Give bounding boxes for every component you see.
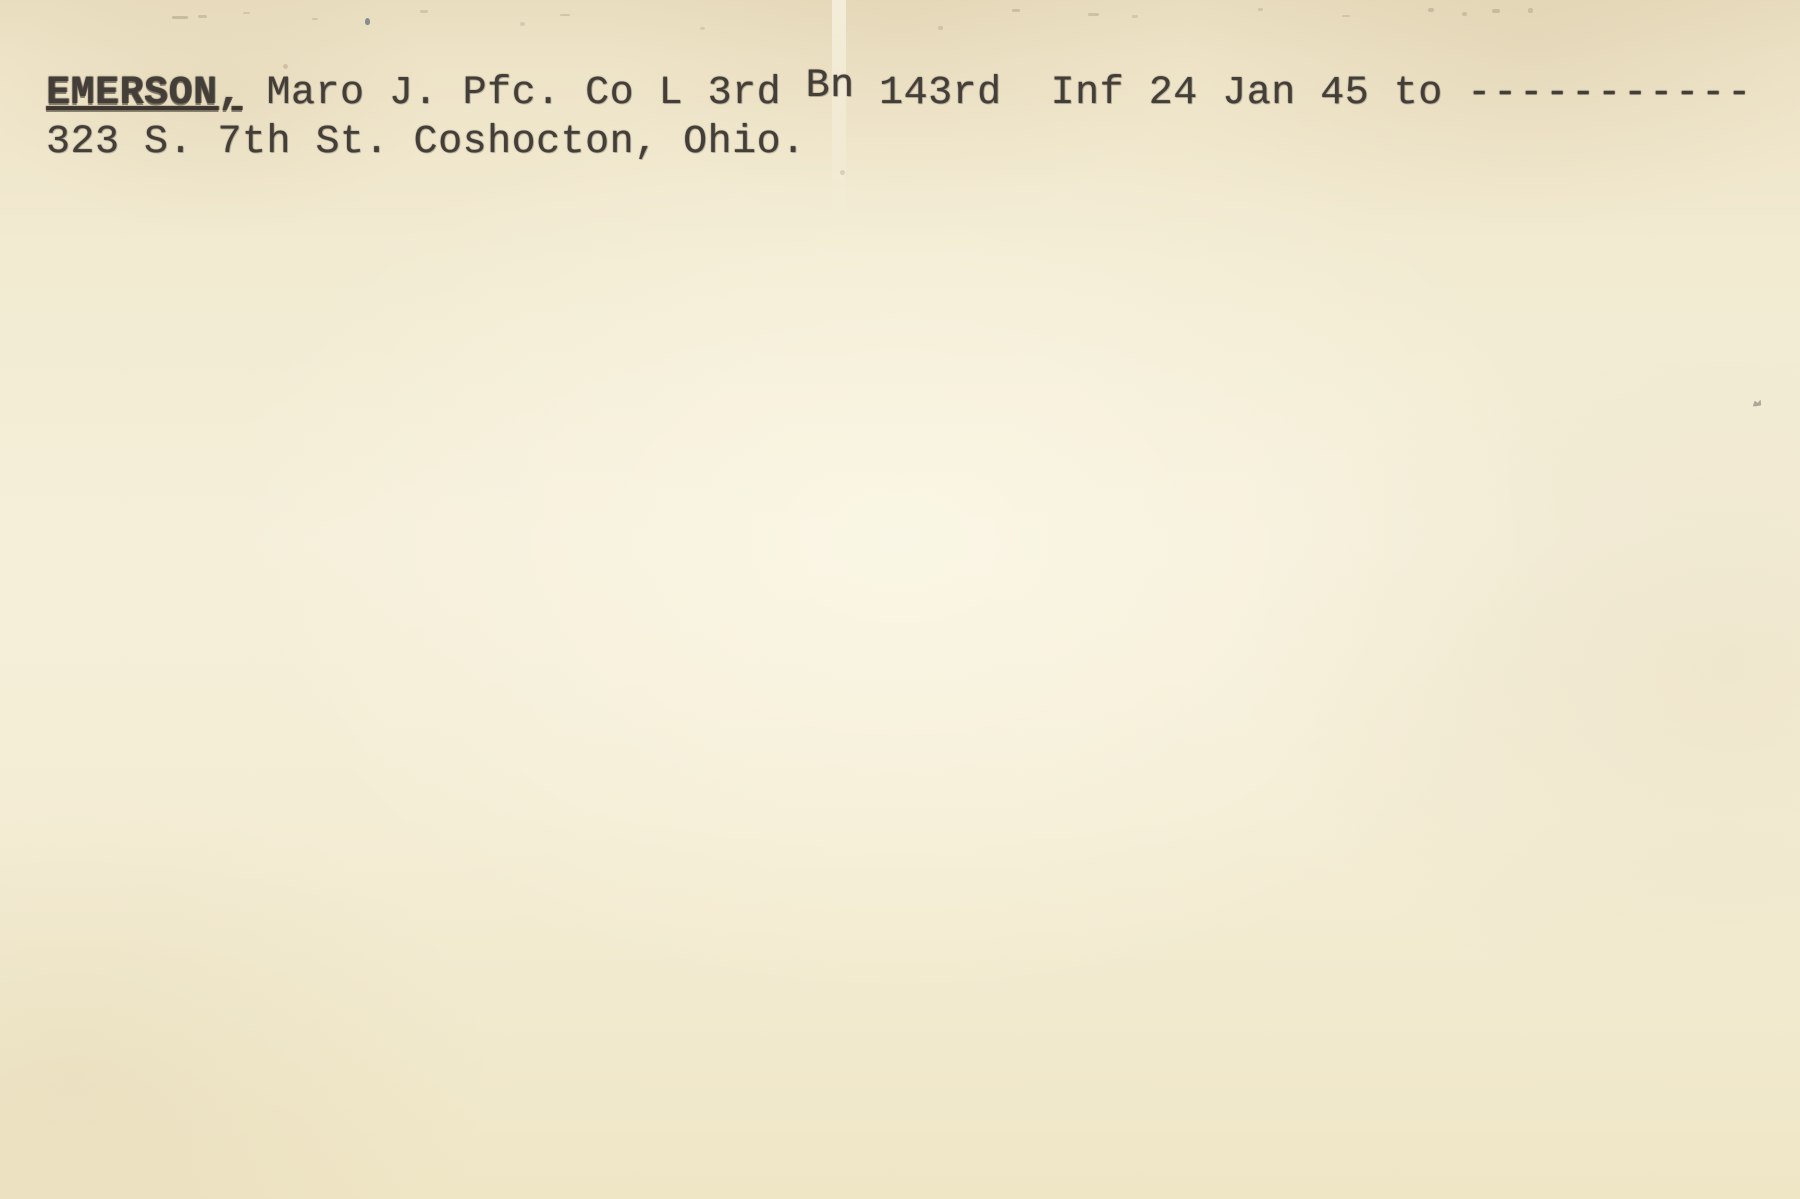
battalion-superscript-text: Bn: [806, 64, 855, 109]
paper-speck: [1751, 398, 1763, 409]
service-record-line: EMERSON, Maro J. Pfc. Co L 3rd Bn 143rd …: [46, 69, 1800, 118]
surname-text: EMERSON,: [46, 71, 242, 116]
name-rank-unit-text: Maro J. Pfc. Co L 3rd: [242, 71, 806, 116]
paper-speck: [700, 27, 705, 30]
paper-speck: [1088, 13, 1099, 16]
paper-speck: [1012, 9, 1020, 12]
paper-speck: [560, 14, 570, 16]
typed-text-block: EMERSON, Maro J. Pfc. Co L 3rd Bn 143rd …: [46, 69, 1800, 167]
paper-speck: [1462, 12, 1467, 16]
paper-speck: [938, 26, 943, 30]
paper-speck: [840, 170, 845, 175]
paper-speck: [198, 15, 207, 18]
index-card: EMERSON, Maro J. Pfc. Co L 3rd Bn 143rd …: [0, 0, 1800, 1199]
dash-fill-text: -----------: [1467, 71, 1753, 116]
paper-speck: [312, 18, 318, 20]
paper-speck: [520, 22, 525, 26]
paper-speck: [1132, 15, 1138, 18]
paper-speck: [1528, 8, 1533, 13]
paper-speck: [243, 12, 250, 14]
paper-speck: [1342, 15, 1350, 17]
paper-speck: [1428, 8, 1434, 12]
paper-speck: [1492, 9, 1500, 13]
paper-speck: [420, 10, 428, 13]
paper-speck: [172, 16, 188, 19]
ink-dot-speck: [365, 18, 370, 25]
regiment-date-text: 143rd Inf 24 Jan 45 to: [855, 71, 1468, 116]
address-line: 323 S. 7th St. Coshocton, Ohio.: [46, 118, 1800, 167]
paper-speck: [1258, 8, 1263, 11]
